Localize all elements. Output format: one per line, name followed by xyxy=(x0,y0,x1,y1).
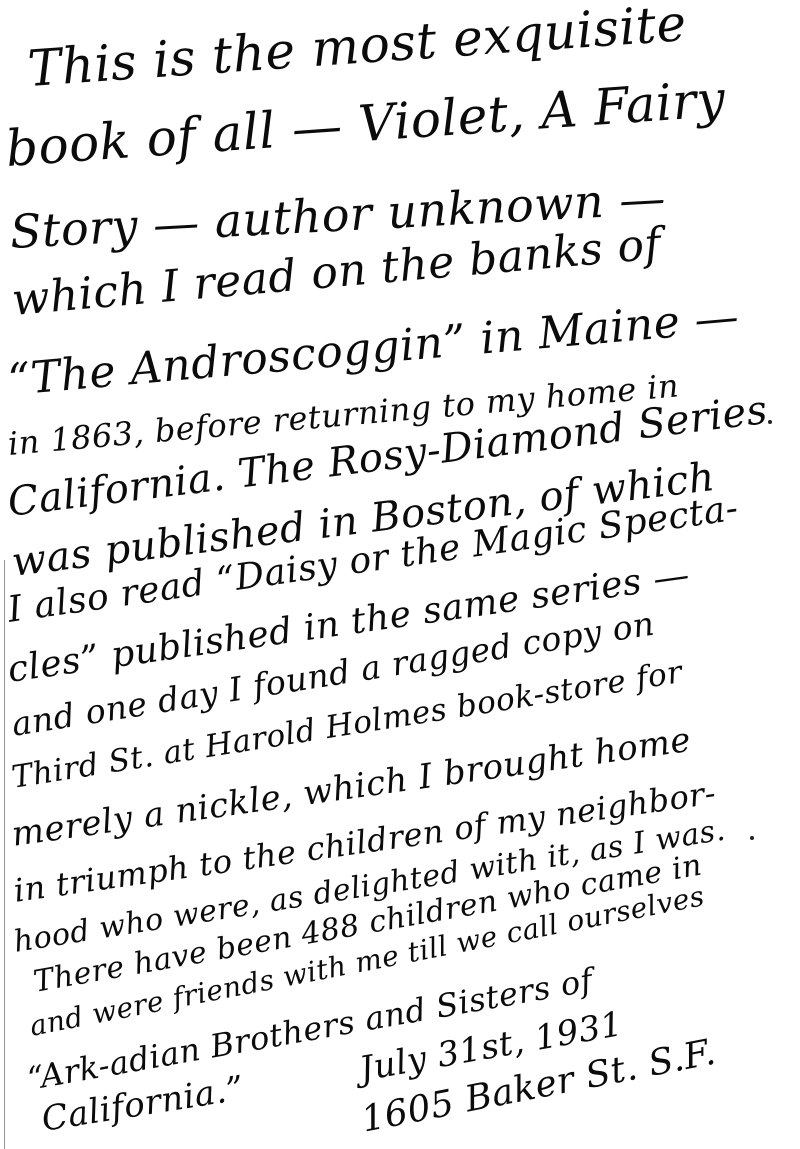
handwritten-page: This is the most exquisite book of all —… xyxy=(0,0,800,1149)
left-margin-rule xyxy=(4,560,5,1149)
ink-speck xyxy=(750,836,754,840)
ink-speck xyxy=(768,420,772,424)
